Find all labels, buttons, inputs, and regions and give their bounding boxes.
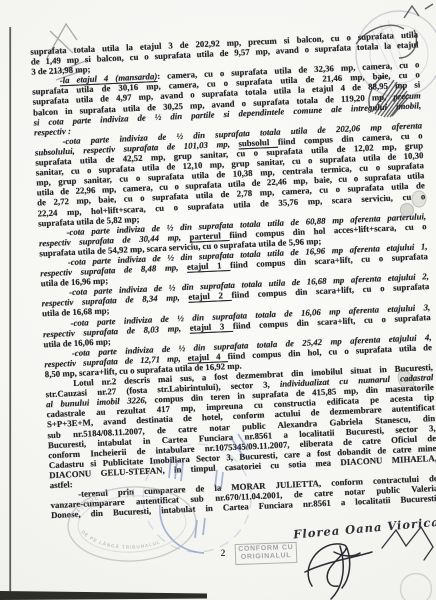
signature-flourish — [0, 0, 436, 600]
signature-zigzag — [382, 527, 433, 560]
scanned-document-page: suprafata totala utila la etajul 3 de 20… — [0, 0, 436, 600]
